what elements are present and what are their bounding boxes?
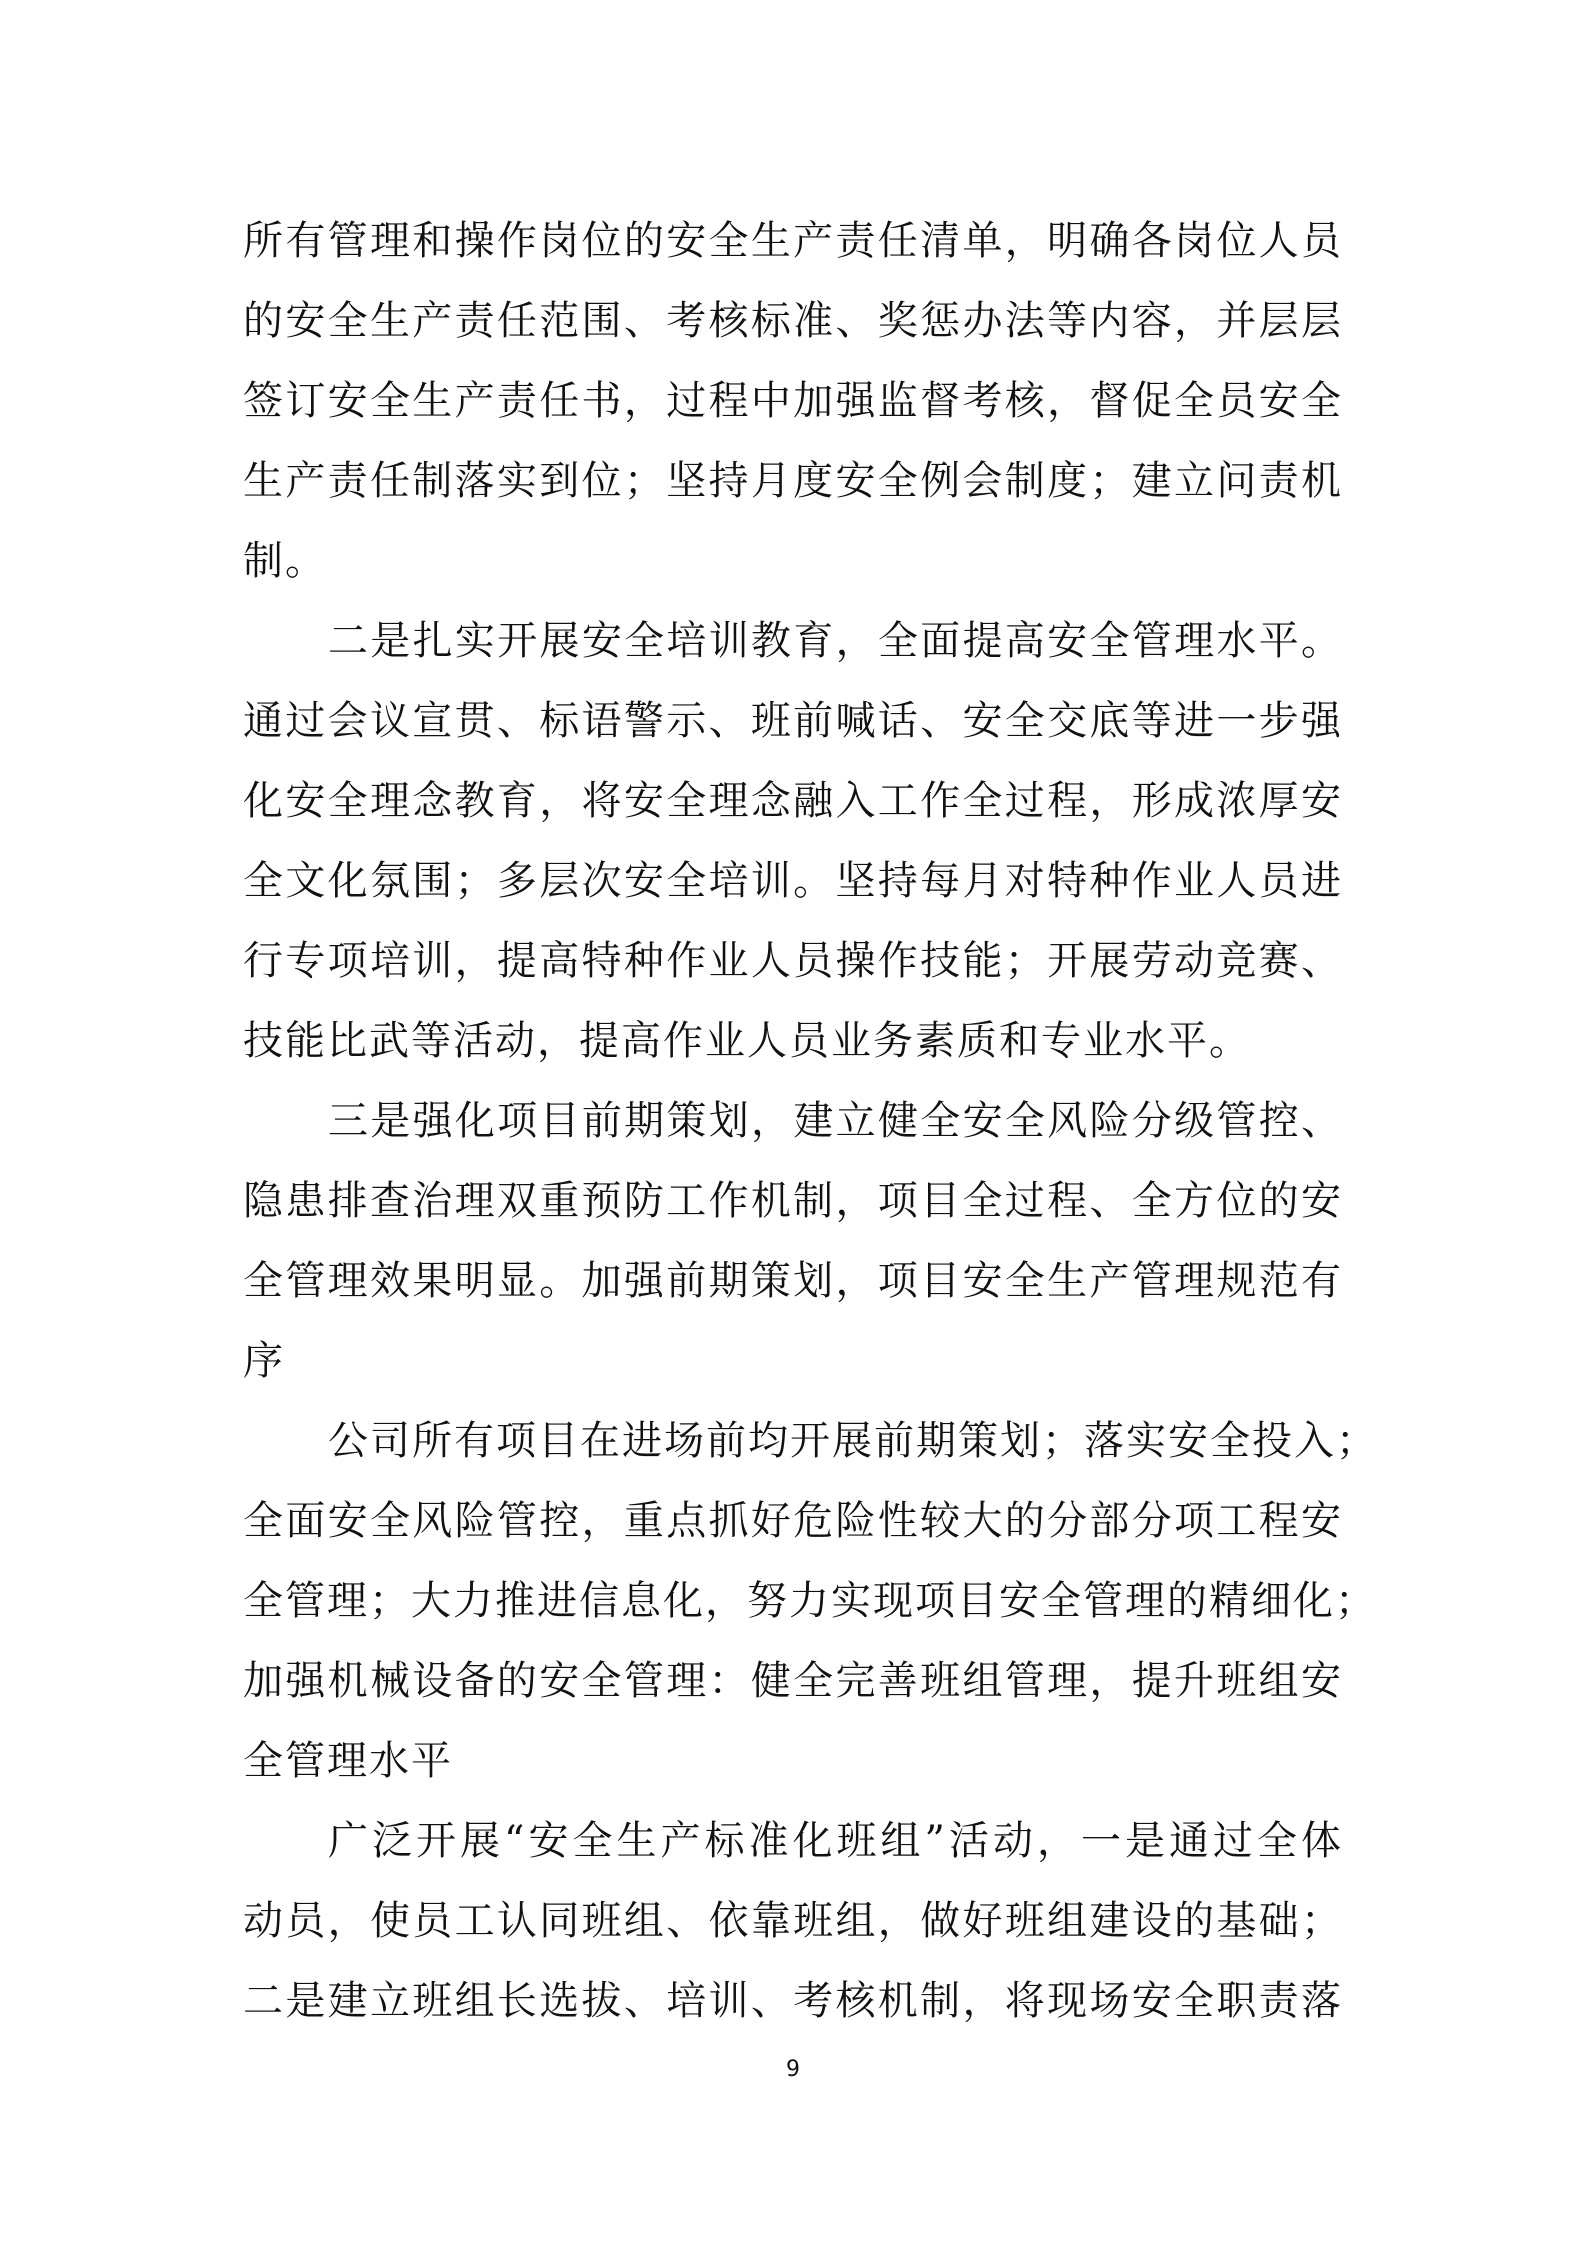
paragraph-3-first-line: 三是强化项目前期策划，建立健全安全风险分级管控、 — [328, 1097, 1343, 1145]
body-line-4: 生产责任制落实到位；坚持月度安全例会制度；建立问责机 — [243, 457, 1343, 505]
paragraph-2-first-line: 二是扎实开展安全培训教育，全面提高安全管理水平。 — [328, 617, 1343, 665]
body-line-10: 行专项培训，提高特种作业人员操作技能；开展劳动竞赛、 — [243, 937, 1343, 985]
body-line-18: 全管理；大力推进信息化，努力实现项目安全管理的精细化； — [243, 1577, 1343, 1625]
body-line-3: 签订安全生产责任书，过程中加强监督考核，督促全员安全 — [243, 377, 1343, 425]
body-line-2: 的安全生产责任范围、考核标准、奖惩办法等内容，并层层 — [243, 297, 1343, 345]
paragraph-4-first-line: 公司所有项目在进场前均开展前期策划；落实安全投入； — [328, 1417, 1343, 1465]
body-line-20: 全管理水平 — [243, 1737, 1343, 1785]
body-line-1: 所有管理和操作岗位的安全生产责任清单，明确各岗位人员 — [243, 217, 1343, 265]
body-line-9: 全文化氛围；多层次安全培训。坚持每月对特种作业人员进 — [243, 857, 1343, 905]
body-line-11: 技能比武等活动，提高作业人员业务素质和专业水平。 — [243, 1017, 1343, 1065]
body-line-7: 通过会议宣贯、标语警示、班前喊话、安全交底等进一步强 — [243, 697, 1343, 745]
body-line-8: 化安全理念教育，将安全理念融入工作全过程，形成浓厚安 — [243, 777, 1343, 825]
body-line-14: 全管理效果明显。加强前期策划，项目安全生产管理规范有 — [243, 1257, 1343, 1305]
body-line-23: 二是建立班组长选拔、培训、考核机制，将现场安全职责落 — [243, 1977, 1343, 2025]
paragraph-5-first-line: 广泛开展“安全生产标准化班组”活动，一是通过全体 — [328, 1817, 1343, 1865]
body-line-15: 序 — [243, 1337, 1343, 1385]
body-line-5: 制。 — [243, 537, 1343, 585]
document-page: 所有管理和操作岗位的安全生产责任清单，明确各岗位人员 的安全生产责任范围、考核标… — [0, 0, 1587, 2245]
body-line-17: 全面安全风险管控，重点抓好危险性较大的分部分项工程安 — [243, 1497, 1343, 1545]
body-line-19: 加强机械设备的安全管理：健全完善班组管理，提升班组安 — [243, 1657, 1343, 1705]
body-line-22: 动员，使员工认同班组、依靠班组，做好班组建设的基础； — [243, 1897, 1343, 1945]
body-line-13: 隐患排查治理双重预防工作机制，项目全过程、全方位的安 — [243, 1177, 1343, 1225]
page-number: 9 — [773, 2055, 813, 2085]
